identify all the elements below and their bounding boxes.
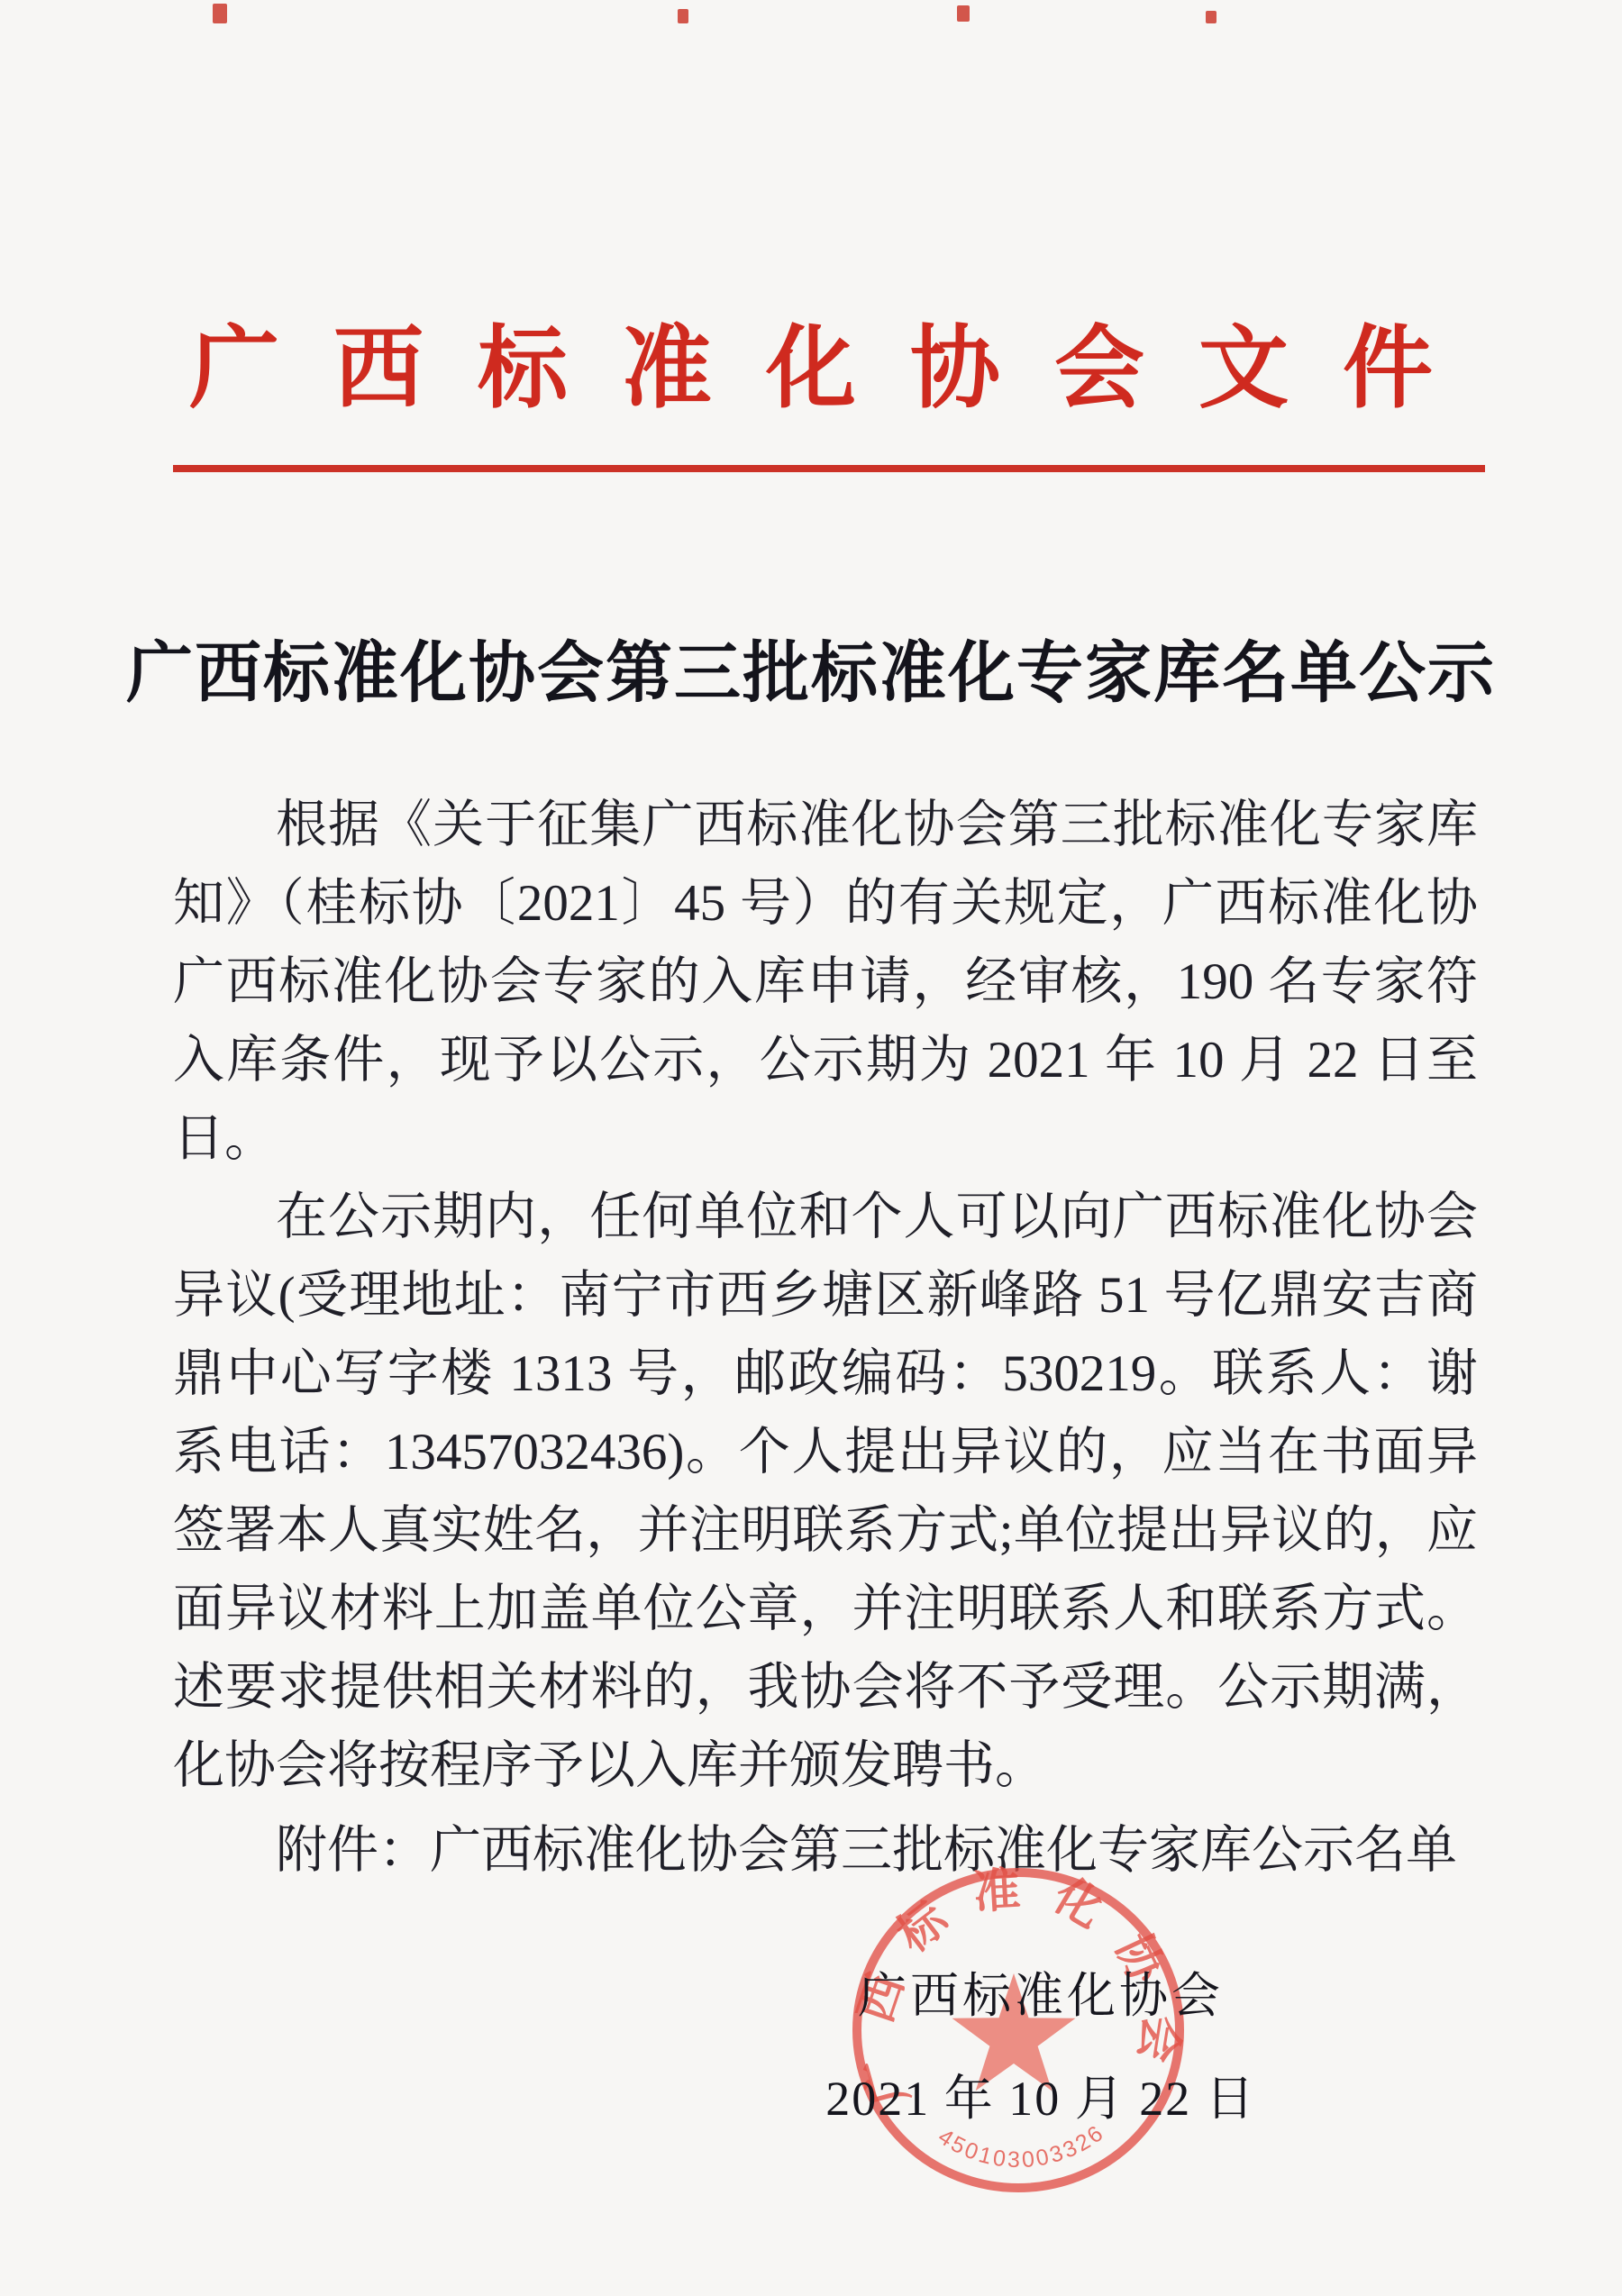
body-line: 面异议材料上加盖单位公章，并注明联系人和联系方式。凡未按上 <box>173 1570 1478 1648</box>
attachment-line: 附件：广西标准化协会第三批标准化专家库公示名单 <box>173 1811 1478 1890</box>
document-title: 广西标准化协会第三批标准化专家库名单公示 <box>90 620 1532 715</box>
scan-artifact <box>678 9 688 23</box>
body-line: 签署本人真实姓名，并注明联系方式;单位提出异议的，应当在书 <box>173 1491 1478 1570</box>
scan-artifact <box>957 5 970 22</box>
document-page: 广西标准化协会文件 广西标准化协会第三批标准化专家库名单公示 根据《关于征集广西… <box>0 0 1622 2296</box>
signature-date: 2021 年 10 月 22 日 <box>811 2060 1271 2129</box>
scan-artifact <box>1206 11 1216 23</box>
body-line: 化协会将按程序予以入库并颁发聘书。 <box>173 1727 1478 1805</box>
document-body: 根据《关于征集广西标准化协会第三批标准化专家库专家的通 知》（桂标协〔2021〕… <box>173 786 1478 1805</box>
letterhead-title: 广西标准化协会文件 <box>0 296 1622 425</box>
body-line: 入库条件，现予以公示，公示期为 2021 年 10 月 22 日至 10 月 2… <box>173 1021 1478 1099</box>
body-line: 根据《关于征集广西标准化协会第三批标准化专家库专家的通 <box>173 786 1478 864</box>
official-seal: 广西标准化协会 4501030033262 <box>845 1865 1191 2199</box>
body-line: 述要求提供相关材料的，我协会将不予受理。公示期满，广西标准 <box>173 1648 1478 1727</box>
signature-organization: 广西标准化协会 <box>829 1957 1253 2027</box>
scan-artifact <box>213 4 227 23</box>
body-line: 在公示期内，任何单位和个人可以向广西标准化协会提出书面 <box>173 1178 1478 1256</box>
body-line: 系电话：13457032436)。个人提出异议的，应当在书面异议材料上 <box>173 1413 1478 1491</box>
body-line: 广西标准化协会专家的入库申请，经审核，190 名专家符合第三批 <box>173 943 1478 1021</box>
body-line: 知》（桂标协〔2021〕45 号）的有关规定，广西标准化协会受理了 <box>173 864 1478 943</box>
body-line: 异议(受理地址：南宁市西乡塘区新峰路 51 号亿鼎安吉商业广场亿 <box>173 1256 1478 1335</box>
body-line: 日。 <box>173 1099 1478 1178</box>
body-line: 鼎中心写字楼 1313 号，邮政编码：530219。联系人：谢宏昭，联 <box>173 1335 1478 1413</box>
letterhead-divider <box>173 465 1485 472</box>
